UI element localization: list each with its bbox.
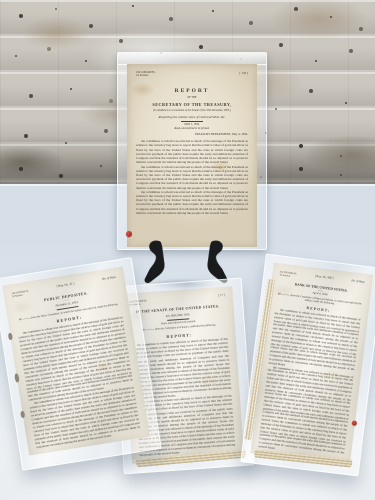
house-report-document: 23d CONGRESS, 2d Session. [ Rep. No. 41 …	[2, 267, 149, 456]
chamber-label: Ho. of Reps.	[351, 279, 365, 284]
wall-speckles	[0, 0, 2, 2]
congress-session: 23d CONGRESS, 2d Session.	[11, 290, 29, 299]
standing-document-group: 23d CONGRESS, 1st Session. [ 132 ] REPOR…	[117, 52, 267, 250]
red-dot-sticker	[352, 420, 358, 426]
red-dot-sticker	[126, 231, 132, 237]
subject-line: Respecting the relative value of Gold an…	[136, 115, 248, 119]
read-line: Read, and ordered to be printed.	[136, 127, 248, 130]
department-line: TREASURY DEPARTMENT, May 4, 1834.	[136, 133, 248, 137]
treasury-report-page: 23d CONGRESS, 1st Session. [ 132 ] REPOR…	[127, 64, 257, 247]
report-title: REPORT	[136, 88, 248, 94]
body-text-illegible: the committee to whom was referred so mu…	[136, 190, 248, 215]
body-text-illegible: the committee to whom was referred so mu…	[258, 365, 354, 459]
doc-number: [ Rep. No. 41 ]	[56, 282, 74, 289]
parenthetical-line: (In obedience to a resolution of the Sen…	[136, 109, 248, 112]
photo-of-antique-documents: 23d CONGRESS, 1st Session. [ 132 ] REPOR…	[0, 0, 375, 500]
chamber-label: Ho. of Reps.	[102, 276, 117, 282]
congress-session: 23d CONGRESS, 1st Session.	[279, 270, 297, 278]
of-the: OF THE	[136, 96, 248, 99]
body-text-illegible: the committee to whom was referred so mu…	[136, 165, 248, 190]
doc-number: [ Rep. No. 460 ]	[315, 275, 334, 281]
doc-number: [ 17 ]	[218, 294, 225, 298]
divider-rule	[181, 121, 203, 122]
body-text-illegible: the committee to whom was referred so mu…	[136, 139, 248, 164]
doc-number: [ 132 ]	[240, 71, 249, 75]
author-line: SECRETARY OF THE TREASURY,	[136, 102, 248, 107]
congress-session: 23d CONGRESS, 1st Session.	[136, 71, 155, 78]
bank-report-document: 23d CONGRESS, 1st Session. [ Rep. No. 46…	[251, 263, 373, 462]
